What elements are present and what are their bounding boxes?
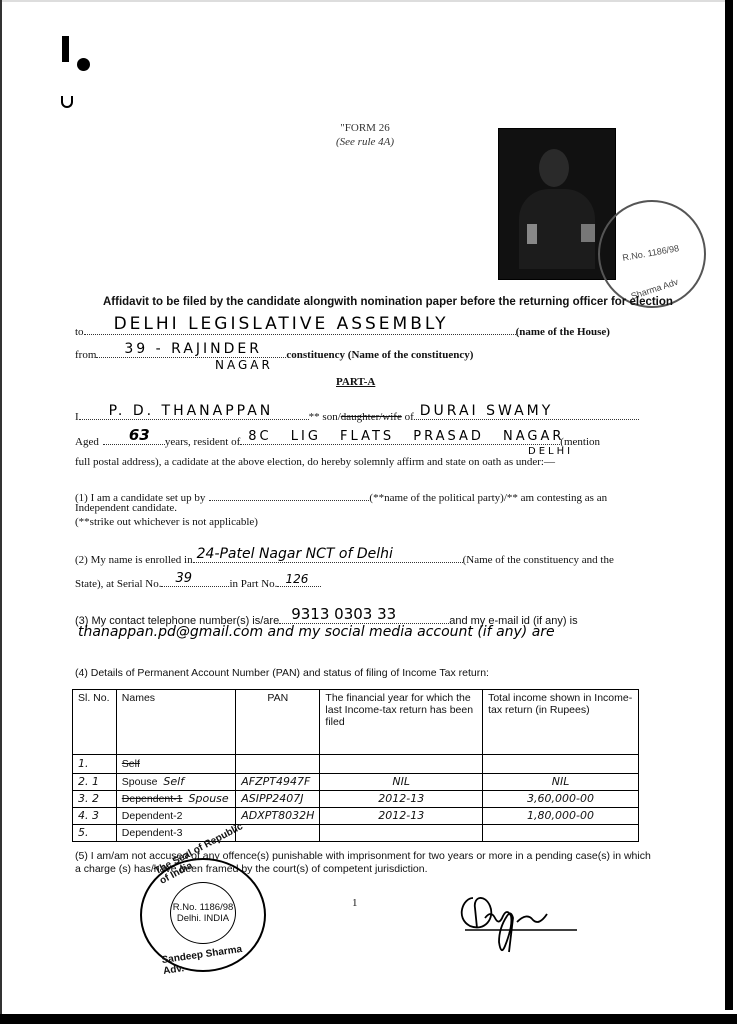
- cell-income: 1,80,000-00: [483, 808, 639, 825]
- col-pan: PAN: [236, 690, 320, 755]
- cell-sl: 3. 2: [73, 791, 117, 808]
- constituency-field: 39 - RAJINDER: [96, 345, 286, 358]
- cell-sl: 5.: [73, 825, 117, 842]
- party-field: [209, 488, 369, 501]
- parent-field: DURAI SWAMY: [414, 407, 639, 420]
- serial-field: 39: [161, 574, 229, 587]
- phone-value: 9313 0303 33: [291, 605, 396, 623]
- enrolled-value: 24-Patel Nagar NCT of Delhi: [197, 546, 393, 562]
- name-printed: Dependent-1: [122, 793, 183, 805]
- scan-artifact: [61, 96, 73, 108]
- parent-name: DURAI SWAMY: [420, 403, 554, 419]
- address-field: 8C LIG FLATS PRASAD NAGAR: [240, 432, 560, 445]
- part-value: 126: [285, 572, 308, 586]
- item1-note: (**strike out whichever is not applicabl…: [75, 516, 258, 528]
- candidate-name: P. D. THANAPPAN: [109, 403, 274, 419]
- table-row: 5.Dependent-3: [73, 825, 639, 842]
- stamp-reg-no: R.No. 1186/98: [622, 243, 680, 263]
- age-field: 63: [103, 432, 165, 445]
- scan-edge-top: [0, 0, 737, 2]
- scan-edge-left: [0, 0, 2, 1024]
- cell-name: SpouseSelf: [116, 774, 235, 791]
- phone-field: 9313 0303 33: [279, 611, 449, 624]
- name-field: P. D. THANAPPAN: [79, 407, 309, 420]
- name-printed: Spouse: [122, 776, 158, 788]
- pan-table: Sl. No. Names PAN The financial year for…: [72, 689, 639, 842]
- name-printed: Dependent-3: [122, 827, 183, 839]
- cell-year: NIL: [320, 774, 483, 791]
- item1-independent: Independent candidate.: [75, 502, 177, 514]
- cell-pan: ASIPP2407J: [236, 791, 320, 808]
- cell-sl: 2. 1: [73, 774, 117, 791]
- form-number: "FORM 26: [310, 121, 420, 135]
- punch-hole-mark: [62, 36, 69, 62]
- cell-sl: 4. 3: [73, 808, 117, 825]
- house-field: DELHI LEGISLATIVE ASSEMBLY: [84, 322, 516, 335]
- constituency-line: from39 - RAJINDERconstituency (Name of t…: [75, 345, 473, 361]
- scan-edge-right: [725, 0, 737, 1024]
- part-a-heading: PART-A: [336, 376, 375, 388]
- col-names: Names: [116, 690, 235, 755]
- item5-line2: a charge (s) has/have been framed by the…: [75, 863, 428, 875]
- seal-center: R.No. 1186/98 Delhi. INDIA: [172, 902, 234, 924]
- seal-reg-no: R.No. 1186/98: [172, 902, 234, 913]
- cell-pan: [236, 755, 320, 774]
- table-row: 4. 3Dependent-2ADXPT8032H2012-131,80,000…: [73, 808, 639, 825]
- col-sl-no: Sl. No.: [73, 690, 117, 755]
- oath-text: full postal address), a cadidate at the …: [75, 456, 555, 468]
- name-handwritten: Self: [163, 775, 184, 788]
- cell-name: Dependent-2: [116, 808, 235, 825]
- item2-line: (2) My name is enrolled in24-Patel Nagar…: [75, 550, 614, 566]
- address-value: 8C LIG FLATS PRASAD NAGAR: [248, 429, 564, 444]
- house-suffix: (name of the House): [516, 326, 610, 338]
- page-number: 1: [352, 897, 358, 909]
- candidate-signature: [455, 888, 580, 958]
- table-row: 3. 2Dependent-1SpouseASIPP2407J2012-133,…: [73, 791, 639, 808]
- house-value: DELHI LEGISLATIVE ASSEMBLY: [114, 314, 449, 334]
- cell-year: 2012-13: [320, 808, 483, 825]
- cell-sl: 1.: [73, 755, 117, 774]
- punch-hole-dot: [77, 58, 90, 71]
- cell-income: NIL: [483, 774, 639, 791]
- constituency-suffix: constituency (Name of the constituency): [286, 349, 473, 361]
- cell-income: 3,60,000-00: [483, 791, 639, 808]
- constituency-value: 39 - RAJINDER: [124, 341, 262, 357]
- part-field: 126: [277, 574, 321, 587]
- item4-heading: (4) Details of Permanent Account Number …: [75, 667, 489, 679]
- name-printed: Self: [122, 758, 140, 770]
- cell-name: Dependent-1Spouse: [116, 791, 235, 808]
- cell-year: [320, 755, 483, 774]
- form-rule: (See rule 4A): [310, 135, 420, 149]
- table-row: 2. 1SpouseSelfAFZPT4947FNILNIL: [73, 774, 639, 791]
- name-handwritten: Spouse: [189, 792, 229, 805]
- serial-line: State), at Serial No.39in Part No.126: [75, 574, 321, 590]
- affidavit-heading: Affidavit to be filed by the candidate a…: [103, 296, 673, 308]
- serial-value: 39: [175, 571, 192, 586]
- age-address-line: Aged63years, resident of8C LIG FLATS PRA…: [75, 432, 600, 448]
- name-printed: Dependent-2: [122, 810, 183, 822]
- cell-income: [483, 755, 639, 774]
- cell-pan: AFZPT4947F: [236, 774, 320, 791]
- cell-year: [320, 825, 483, 842]
- cell-year: 2012-13: [320, 791, 483, 808]
- age-value: 63: [129, 426, 150, 444]
- affidavit-page: "FORM 26 (See rule 4A) R.No. 1186/98 Sha…: [0, 0, 737, 1024]
- notary-seal: The Seal of Republic of India R.No. 1186…: [140, 858, 266, 972]
- house-line: toDELHI LEGISLATIVE ASSEMBLY(name of the…: [75, 322, 610, 338]
- table-row: 1.Self: [73, 755, 639, 774]
- form-title: "FORM 26 (See rule 4A): [310, 121, 420, 149]
- seal-place: Delhi. INDIA: [172, 913, 234, 924]
- col-financial-year: The financial year for which the last In…: [320, 690, 483, 755]
- enrolled-field: 24-Patel Nagar NCT of Delhi: [193, 550, 463, 563]
- item5-line1: (5) I am/am not accused of any offence(s…: [75, 850, 651, 862]
- notary-stamp-top: R.No. 1186/98 Sharma Adv: [598, 200, 706, 308]
- cell-income: [483, 825, 639, 842]
- col-total-income: Total income shown in Income-tax return …: [483, 690, 639, 755]
- cell-name: Self: [116, 755, 235, 774]
- name-line: IP. D. THANAPPAN** son/daughter/wife ofD…: [75, 407, 639, 423]
